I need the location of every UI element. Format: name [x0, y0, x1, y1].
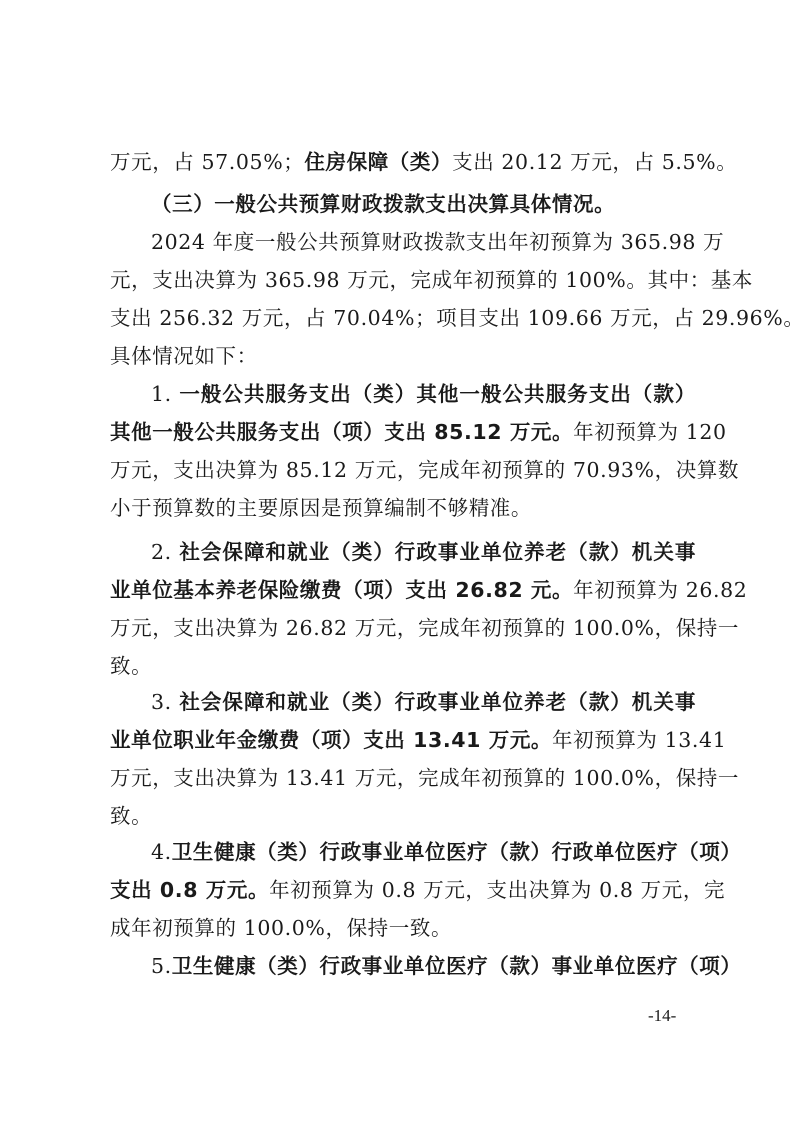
text-segment: 小于预算数的主要原因是预算编制不够精准。: [110, 496, 532, 520]
item-number: 4.: [151, 840, 172, 864]
bold-segment: 卫生健康（类）行政事业单位医疗（款）事业单位医疗（项）: [172, 954, 742, 978]
text-line: 元，支出决算为 365.98 万元，完成年初预算的 100%。其中：基本: [110, 266, 696, 294]
bold-segment: （三）一般公共预算财政拨款支出决算具体情况。: [151, 192, 615, 216]
text-line: 万元，占 57.05%；住房保障（类）支出 20.12 万元，占 5.5%。: [110, 148, 696, 176]
item-5-title: 5.卫生健康（类）行政事业单位医疗（款）事业单位医疗（项）: [151, 952, 696, 980]
text-segment: 万元，支出决算为 85.12 万元，完成年初预算的 70.93%，决算数: [110, 458, 739, 482]
item-4-title: 4.卫生健康（类）行政事业单位医疗（款）行政单位医疗（项）: [151, 838, 696, 866]
text-line: 万元，支出决算为 26.82 万元，完成年初预算的 100.0%，保持一: [110, 614, 696, 642]
text-segment: 支出 256.32 万元，占 70.04%；项目支出 109.66 万元，占 2…: [110, 306, 793, 330]
text-segment: 元，支出决算为 365.98 万元，完成年初预算的 100%。其中：基本: [110, 268, 753, 292]
bold-segment: 卫生健康（类）行政事业单位医疗（款）行政单位医疗（项）: [172, 840, 742, 864]
text-line: 业单位职业年金缴费（项）支出 13.41 万元。年初预算为 13.41: [110, 726, 696, 754]
text-line: 万元，支出决算为 85.12 万元，完成年初预算的 70.93%，决算数: [110, 456, 696, 484]
text-segment: 具体情况如下：: [110, 344, 258, 368]
text-line: 万元，支出决算为 13.41 万元，完成年初预算的 100.0%，保持一: [110, 764, 696, 792]
bold-segment: 社会保障和就业（类）行政事业单位养老（款）机关事: [179, 540, 696, 564]
text-segment: 年初预算为 0.8 万元，支出决算为 0.8 万元，完: [269, 878, 725, 902]
text-segment: 万元，支出决算为 13.41 万元，完成年初预算的 100.0%，保持一: [110, 766, 739, 790]
bold-segment: 支出 0.8 万元。: [110, 878, 269, 902]
text-line: 业单位基本养老保险缴费（项）支出 26.82 元。年初预算为 26.82: [110, 576, 696, 604]
item-3-title: 3. 社会保障和就业（类）行政事业单位养老（款）机关事: [151, 688, 696, 716]
text-line: 小于预算数的主要原因是预算编制不够精准。: [110, 494, 696, 522]
bold-segment: 住房保障（类）: [304, 150, 452, 174]
bold-segment: 业单位基本养老保险缴费（项）支出 26.82 元。: [110, 578, 573, 602]
text-line: 具体情况如下：: [110, 342, 696, 370]
text-segment: 2024 年度一般公共预算财政拨款支出年初预算为 365.98 万: [151, 230, 724, 254]
item-1-title: 1. 一般公共服务支出（类）其他一般公共服务支出（款）: [151, 380, 696, 408]
page-number: -14-: [648, 1006, 676, 1026]
text-line: 2024 年度一般公共预算财政拨款支出年初预算为 365.98 万: [151, 228, 696, 256]
item-number: 1.: [151, 382, 179, 406]
bold-segment: 业单位职业年金缴费（项）支出 13.41 万元。: [110, 728, 552, 752]
text-segment: 支出 20.12 万元，占 5.5%。: [452, 150, 737, 174]
text-line: 支出 0.8 万元。年初预算为 0.8 万元，支出决算为 0.8 万元，完: [110, 876, 696, 904]
text-segment: 年初预算为 26.82: [573, 578, 747, 602]
text-segment: 万元，占 57.05%；: [110, 150, 304, 174]
item-number: 5.: [151, 954, 172, 978]
text-segment: 致。: [110, 654, 152, 678]
text-line: 成年初预算的 100.0%，保持一致。: [110, 914, 696, 942]
text-segment: 万元，支出决算为 26.82 万元，完成年初预算的 100.0%，保持一: [110, 616, 739, 640]
item-2-title: 2. 社会保障和就业（类）行政事业单位养老（款）机关事: [151, 538, 696, 566]
text-line: 致。: [110, 652, 696, 680]
item-number: 2.: [151, 540, 179, 564]
section-heading: （三）一般公共预算财政拨款支出决算具体情况。: [151, 190, 696, 218]
bold-segment: 其他一般公共服务支出（项）支出 85.12 万元。: [110, 420, 573, 444]
text-segment: 成年初预算的 100.0%，保持一致。: [110, 916, 452, 940]
text-segment: 年初预算为 13.41: [552, 728, 726, 752]
text-segment: 年初预算为 120: [573, 420, 727, 444]
text-line: 其他一般公共服务支出（项）支出 85.12 万元。年初预算为 120: [110, 418, 696, 446]
bold-segment: 社会保障和就业（类）行政事业单位养老（款）机关事: [179, 690, 696, 714]
text-segment: 致。: [110, 804, 152, 828]
text-line: 支出 256.32 万元，占 70.04%；项目支出 109.66 万元，占 2…: [110, 304, 696, 332]
item-number: 3.: [151, 690, 179, 714]
text-line: 致。: [110, 802, 696, 830]
bold-segment: 一般公共服务支出（类）其他一般公共服务支出（款）: [179, 382, 696, 406]
